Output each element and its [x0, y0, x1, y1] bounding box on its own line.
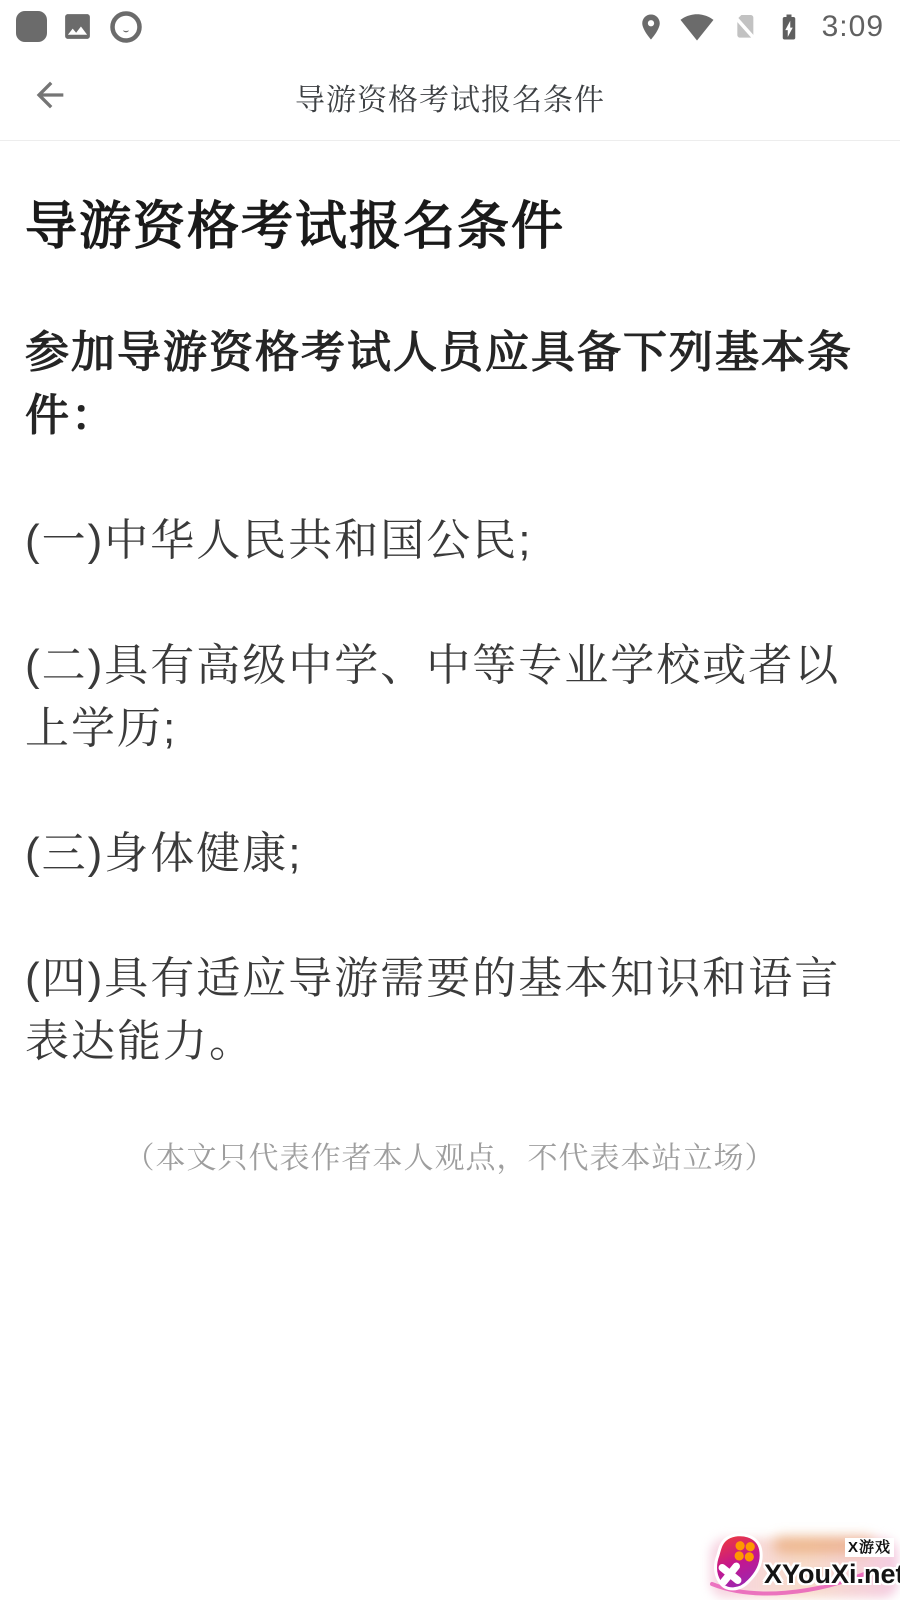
- page-title: 导游资格考试报名条件: [0, 75, 900, 119]
- no-sim-icon: [728, 11, 760, 43]
- article-item-1: (一)中华人民共和国公民;: [25, 509, 875, 572]
- article: 导游资格考试报名条件 参加导游资格考试人员应具备下列基本条件： (一)中华人民共…: [0, 197, 900, 1181]
- circle-face-icon: [108, 9, 144, 45]
- watermark-badge: X游戏: [845, 1538, 894, 1557]
- battery-charging-icon: [774, 10, 804, 44]
- rounded-square-icon: [16, 11, 47, 42]
- phone-screen: 3:09 导游资格考试报名条件 导游资格考试报名条件 参加导游资格考试人员应具备…: [0, 0, 900, 1600]
- status-bar-right: 3:09: [636, 10, 884, 44]
- watermark-site: XYouXi.net: [764, 1559, 900, 1590]
- status-bar: 3:09: [0, 0, 900, 53]
- article-item-2: (二)具有高级中学、中等专业学校或者以上学历;: [25, 634, 875, 760]
- wifi-icon: [680, 10, 714, 44]
- article-item-3: (三)身体健康;: [25, 822, 875, 885]
- disclaimer-text: （本文只代表作者本人观点，不代表本站立场）: [25, 1137, 875, 1181]
- status-time: 3:09: [822, 10, 884, 44]
- article-heading: 导游资格考试报名条件: [25, 197, 875, 257]
- arrow-left-icon: [30, 75, 70, 118]
- game-controller-icon: [706, 1530, 772, 1598]
- back-button[interactable]: [26, 73, 74, 121]
- app-bar: 导游资格考试报名条件: [0, 53, 900, 141]
- watermark-logo[interactable]: X游戏 XYouXi.net: [704, 1528, 900, 1600]
- article-intro: 参加导游资格考试人员应具备下列基本条件：: [25, 321, 875, 447]
- location-icon: [636, 12, 666, 42]
- article-item-4: (四)具有适应导游需要的基本知识和语言表达能力。: [25, 947, 875, 1073]
- image-icon: [61, 10, 94, 43]
- status-bar-left: [16, 9, 144, 45]
